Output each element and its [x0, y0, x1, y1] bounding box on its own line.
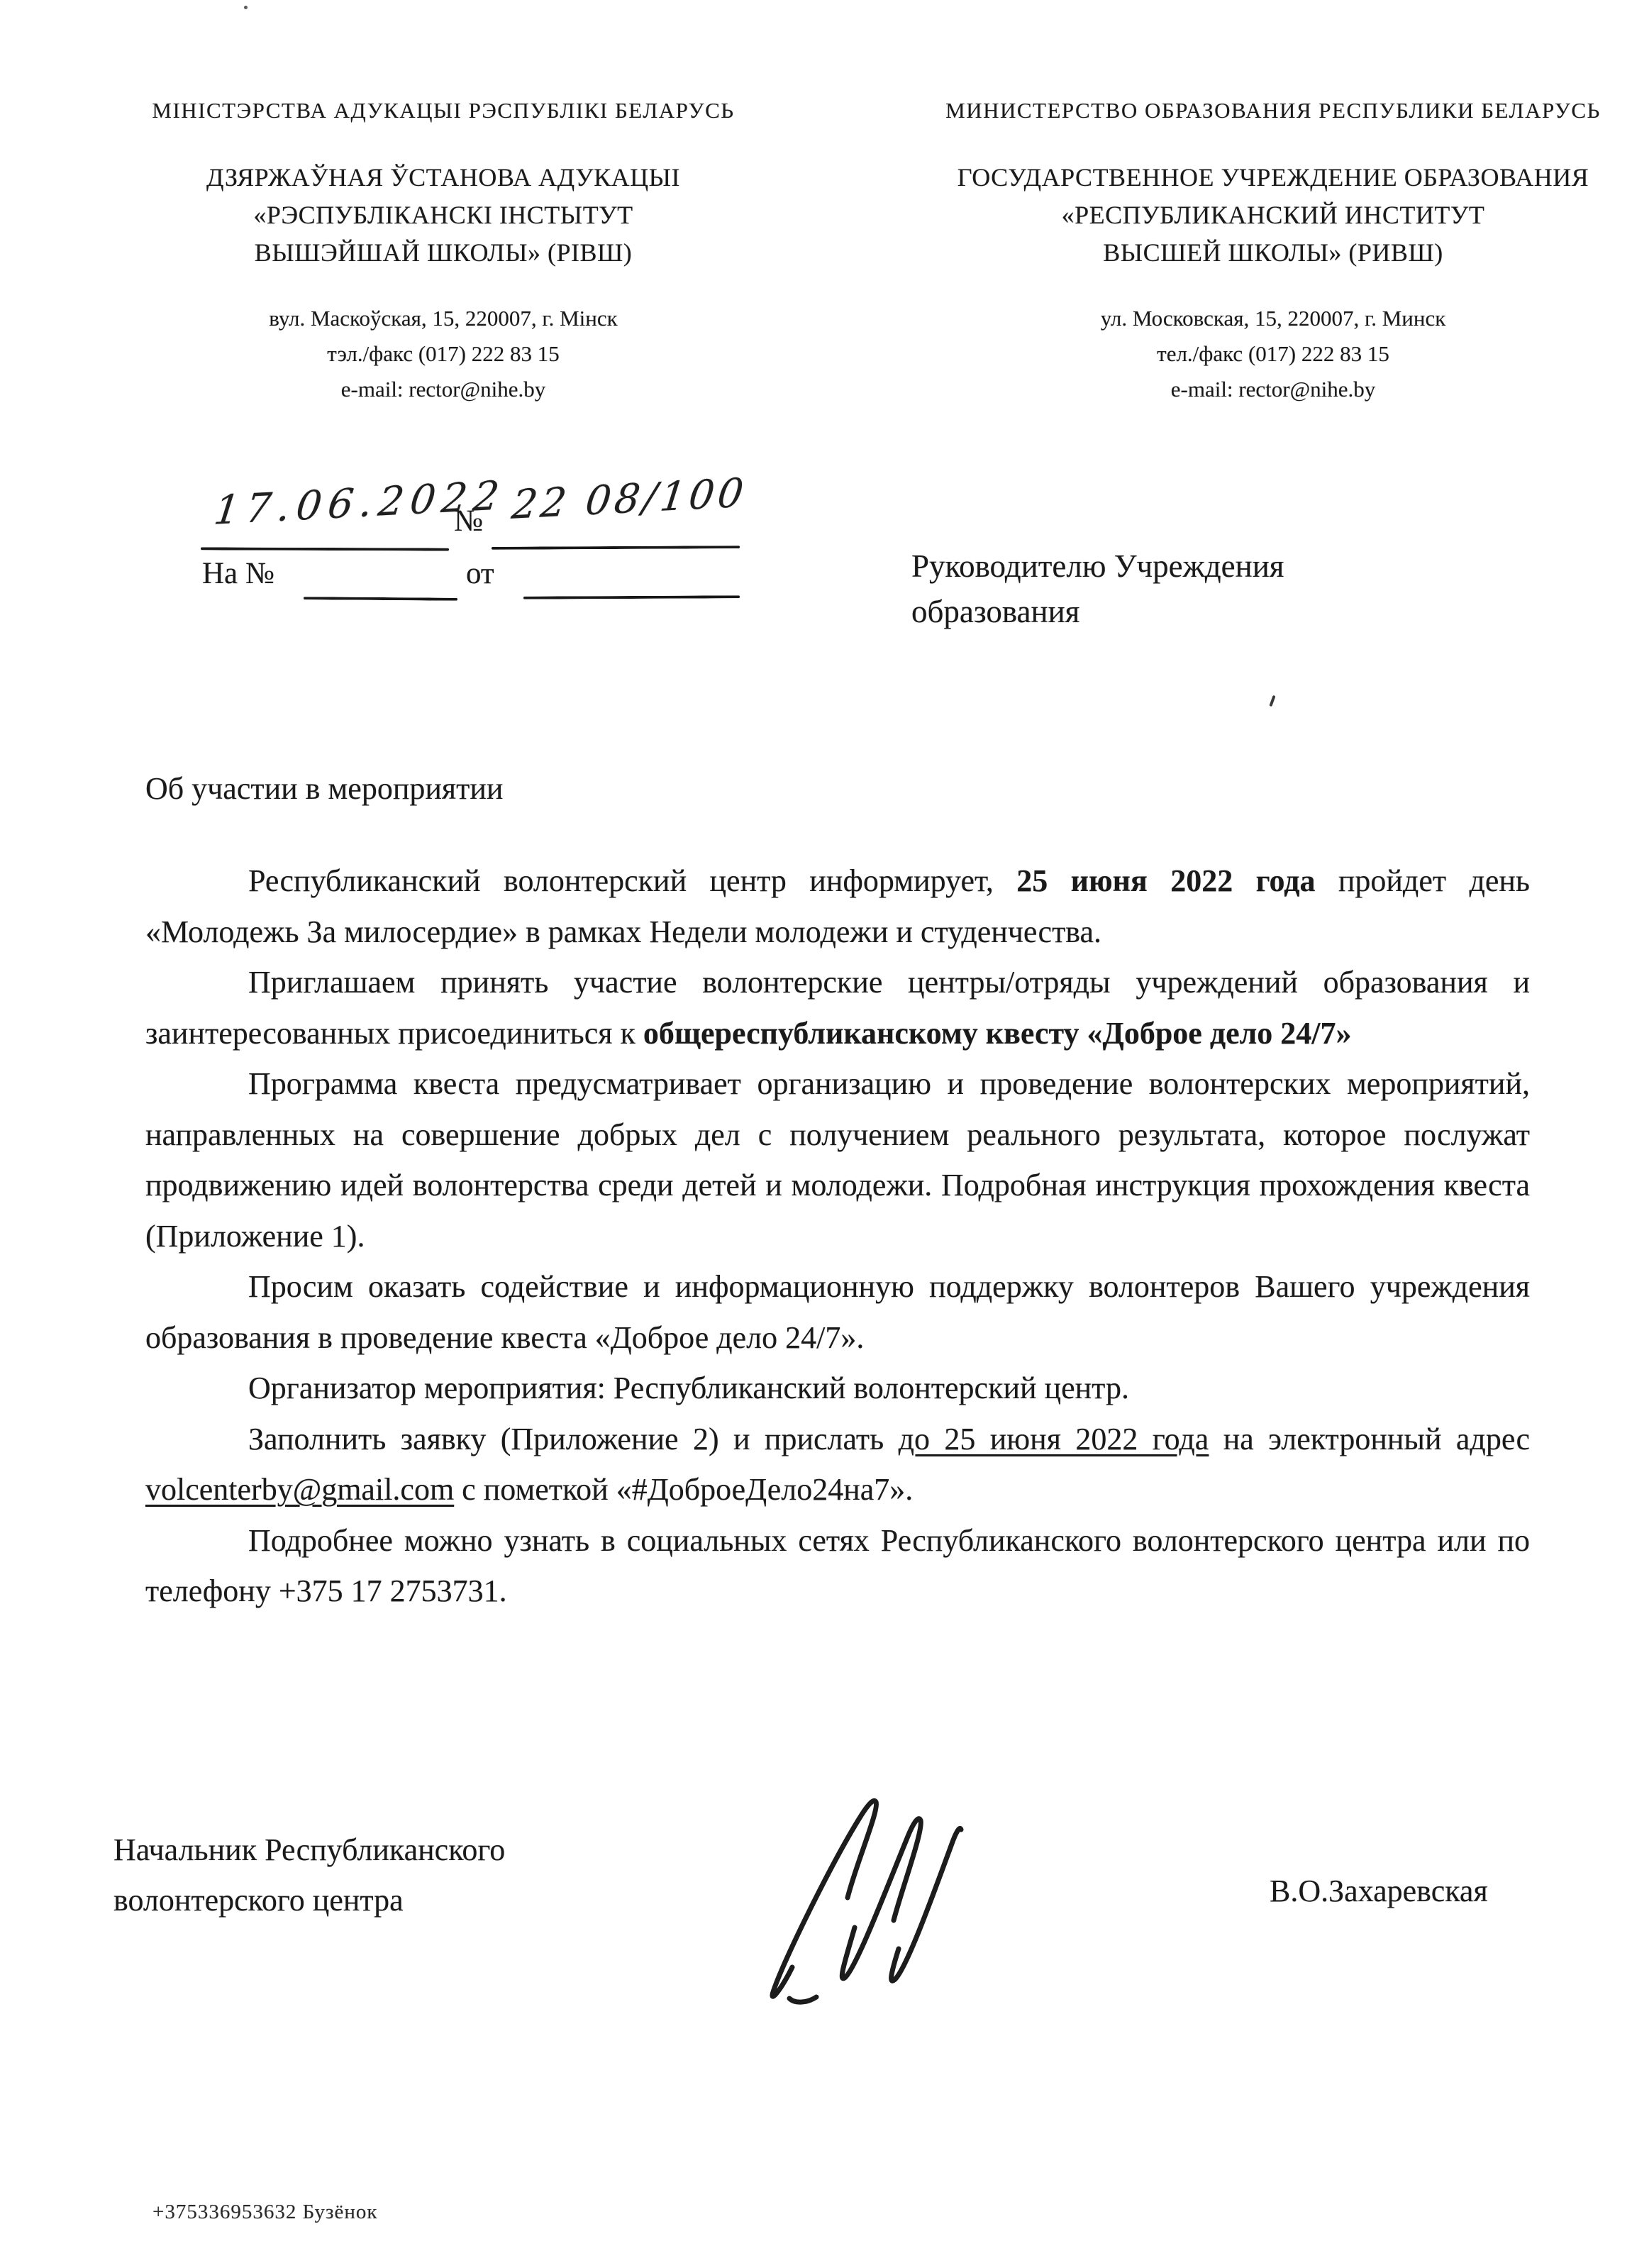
body-text-segment: Организатор мероприятия: Республиканский…	[248, 1371, 1129, 1405]
body-paragraph-4: Просим оказать содействие и информационн…	[145, 1261, 1530, 1363]
body-text-segment: Республиканский волонтерский центр инфор…	[248, 863, 1016, 898]
body-text-segment: на электронный адрес	[1209, 1422, 1530, 1456]
institution-type-ru: ГОСУДАРСТВЕННОЕ УЧРЕЖДЕНИЕ ОБРАЗОВАНИЯ	[883, 159, 1632, 197]
footer-contact: +375336953632 Бузёнок	[152, 2201, 377, 2224]
signature-autograph-svg	[748, 1777, 989, 2022]
handwritten-number: 22 08/100	[509, 470, 750, 529]
body-bold-segment: общереспубликанскому квесту «Доброе дело…	[643, 1016, 1352, 1051]
institution-title-ru-2: ВЫСШЕЙ ШКОЛЫ» (РИВШ)	[883, 234, 1632, 272]
institution-title-ru-1: «РЕСПУБЛИКАНСКИЙ ИНСТИТУТ	[883, 197, 1632, 234]
institution-name-ru: ГОСУДАРСТВЕННОЕ УЧРЕЖДЕНИЕ ОБРАЗОВАНИЯ «…	[883, 159, 1632, 272]
signer-name: В.О.Захаревская	[1270, 1873, 1488, 1909]
institution-type-by: ДЗЯРЖАЎНАЯ ЎСТАНОВА АДУКАЦЫІ	[67, 159, 819, 197]
body-paragraph-1: Республиканский волонтерский центр инфор…	[145, 856, 1530, 957]
scan-comma-artifact	[1269, 695, 1275, 707]
body-bold-segment: 25 июня 2022 года	[1016, 863, 1315, 898]
institution-name-by: ДЗЯРЖАЎНАЯ ЎСТАНОВА АДУКАЦЫІ «РЭСПУБЛІКА…	[67, 159, 819, 272]
address-block-by: вул. Маскоўская, 15, 220007, г. Мінск тэ…	[67, 301, 819, 407]
date-underline	[201, 547, 449, 551]
institution-title-by-2: ВЫШЭЙШАЙ ШКОЛЫ» (РІВШ)	[67, 234, 819, 272]
body-paragraph-6: Заполнить заявку (Приложение 2) и присла…	[145, 1414, 1530, 1515]
body-paragraph-5: Организатор мероприятия: Республиканский…	[145, 1363, 1530, 1414]
ministry-name-ru: МИНИСТЕРСТВО ОБРАЗОВАНИЯ РЕСПУБЛИКИ БЕЛА…	[883, 98, 1632, 123]
signature-autograph	[748, 1777, 989, 2025]
body-text-segment: Подробнее можно узнать в социальных сетя…	[145, 1523, 1530, 1609]
body-paragraph-7: Подробнее можно узнать в социальных сетя…	[145, 1515, 1530, 1617]
ministry-name-by: МІНІСТЭРСТВА АДУКАЦЫІ РЭСПУБЛІКІ БЕЛАРУС…	[67, 98, 819, 123]
scanned-letter-page: МІНІСТЭРСТВА АДУКАЦЫІ РЭСПУБЛІКІ БЕЛАРУС…	[0, 0, 1632, 2268]
recipient-line-1: Руководителю Учреждения	[911, 543, 1284, 589]
recipient-block: Руководителю Учреждения образования	[911, 543, 1284, 634]
reply-date-label: от	[466, 556, 494, 591]
signer-position: Начальник Республиканского волонтерского…	[113, 1825, 505, 1925]
phone-ru: тел./факс (017) 222 83 15	[883, 336, 1632, 372]
email-ru: e-mail: rector@nihe.by	[883, 372, 1632, 407]
reply-number-underline	[304, 597, 457, 601]
body-paragraph-3: Программа квеста предусматривает организ…	[145, 1058, 1530, 1261]
reply-number-label: На №	[202, 556, 274, 591]
institution-title-by-1: «РЭСПУБЛІКАНСКІ ІНСТЫТУТ	[67, 197, 819, 234]
scan-speck	[244, 6, 248, 9]
subject-line: Об участии в мероприятии	[145, 770, 503, 807]
number-sign: №	[454, 504, 483, 538]
body-text-segment: с пометкой «#ДоброеДело24на7».	[454, 1472, 913, 1507]
body-text-segment: Просим оказать содействие и информационн…	[145, 1269, 1530, 1355]
address-block-ru: ул. Московская, 15, 220007, г. Минск тел…	[883, 301, 1632, 407]
street-address-by: вул. Маскоўская, 15, 220007, г. Мінск	[67, 301, 819, 336]
recipient-line-2: образования	[911, 589, 1284, 634]
phone-by: тэл./факс (017) 222 83 15	[67, 336, 819, 372]
body-text-segment: Заполнить заявку (Приложение 2) и присла…	[248, 1422, 899, 1456]
reply-date-underline	[523, 595, 740, 599]
signer-position-line-1: Начальник Республиканского	[113, 1825, 505, 1875]
number-underline	[492, 546, 740, 550]
email-by: e-mail: rector@nihe.by	[67, 372, 819, 407]
deadline-underlined: до 25 июня 2022 года	[899, 1422, 1209, 1456]
letter-body: Республиканский волонтерский центр инфор…	[145, 856, 1530, 1617]
email-address-underlined: volcenterby@gmail.com	[145, 1472, 454, 1507]
street-address-ru: ул. Московская, 15, 220007, г. Минск	[883, 301, 1632, 336]
signer-position-line-2: волонтерского центра	[113, 1875, 505, 1925]
body-text-segment: Программа квеста предусматривает организ…	[145, 1066, 1530, 1254]
body-paragraph-2: Приглашаем принять участие волонтерские …	[145, 957, 1530, 1058]
